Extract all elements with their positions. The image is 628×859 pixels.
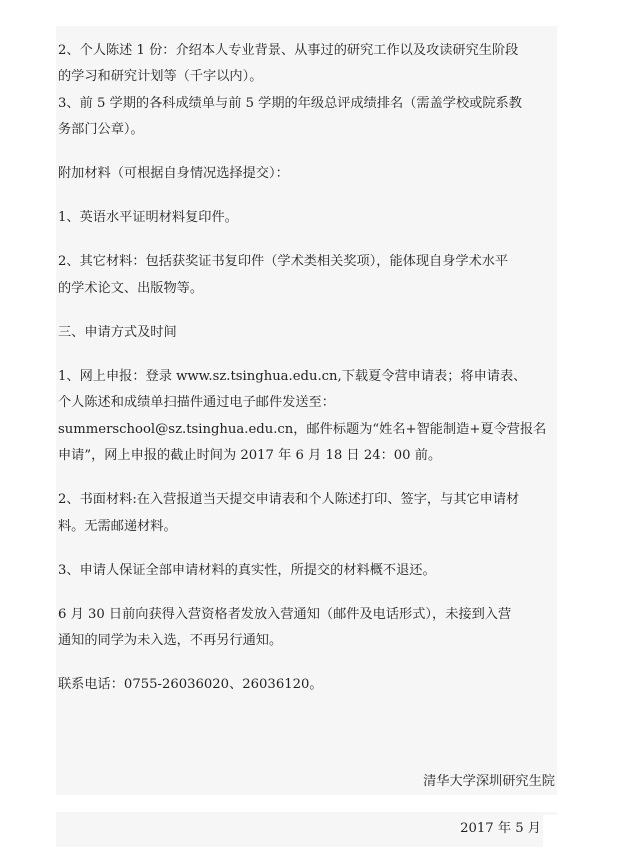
notice-line-2: 通知的同学为未入选，不再另行通知。 — [58, 632, 282, 650]
additional-item-2-line-1: 2、其它材料：包括获奖证书复印件（学术类相关奖项），能体现自身学术水平 — [58, 253, 508, 271]
requirement-2-line-2: 的学习和研究计划等（千字以内）。 — [58, 68, 262, 86]
section-3-heading: 三、申请方式及时间 — [58, 324, 177, 342]
apply-step-2-line-1: 2、书面材料:在入营报道当天提交申请表和个人陈述打印、签字，与其它申请材 — [58, 491, 519, 509]
apply-step-1-line-4: 申请”，网上申报的截止时间为 2017 年 6 月 18 日 24：00 前。 — [58, 447, 441, 465]
signature-date: 2017 年 5 月 — [460, 820, 541, 838]
apply-step-2-line-2: 料。无需邮递材料。 — [58, 518, 177, 536]
requirement-2-line-1: 2、个人陈述 1 份：介绍本人专业背景、从事过的研究工作以及攻读研究生阶段 — [58, 42, 518, 60]
panel-gap — [56, 795, 557, 812]
apply-step-1-line-1: 1、网上申报：登录 www.sz.tsinghua.edu.cn,下载夏令营申请… — [58, 368, 526, 386]
additional-item-1: 1、英语水平证明材料复印件。 — [58, 209, 238, 227]
apply-step-3: 3、申请人保证全部申请材料的真实性，所提交的材料概不退还。 — [58, 562, 436, 580]
additional-materials-heading: 附加材料（可根据自身情况选择提交）： — [58, 165, 289, 183]
contact-phone: 联系电话：0755-26036020、26036120。 — [58, 676, 323, 694]
notice-line-1: 6 月 30 日前向获得入营资格者发放入营通知（邮件及电话形式），未接到入营 — [58, 606, 511, 624]
apply-step-1-line-3: summerschool@sz.tsinghua.edu.cn，邮件标题为“姓名… — [58, 421, 546, 439]
requirement-3-line-1: 3、前 5 学期的各科成绩单与前 5 学期的年级总评成绩排名（需盖学校或院系教 — [58, 95, 522, 113]
signature-institution: 清华大学深圳研究生院 — [423, 773, 555, 791]
apply-step-1-line-2: 个人陈述和成绩单扫描件通过电子邮件发送至： — [58, 394, 335, 412]
additional-item-2-line-2: 的学术论文、出版物等。 — [58, 280, 203, 298]
requirement-3-line-2: 务部门公章）。 — [58, 121, 144, 139]
